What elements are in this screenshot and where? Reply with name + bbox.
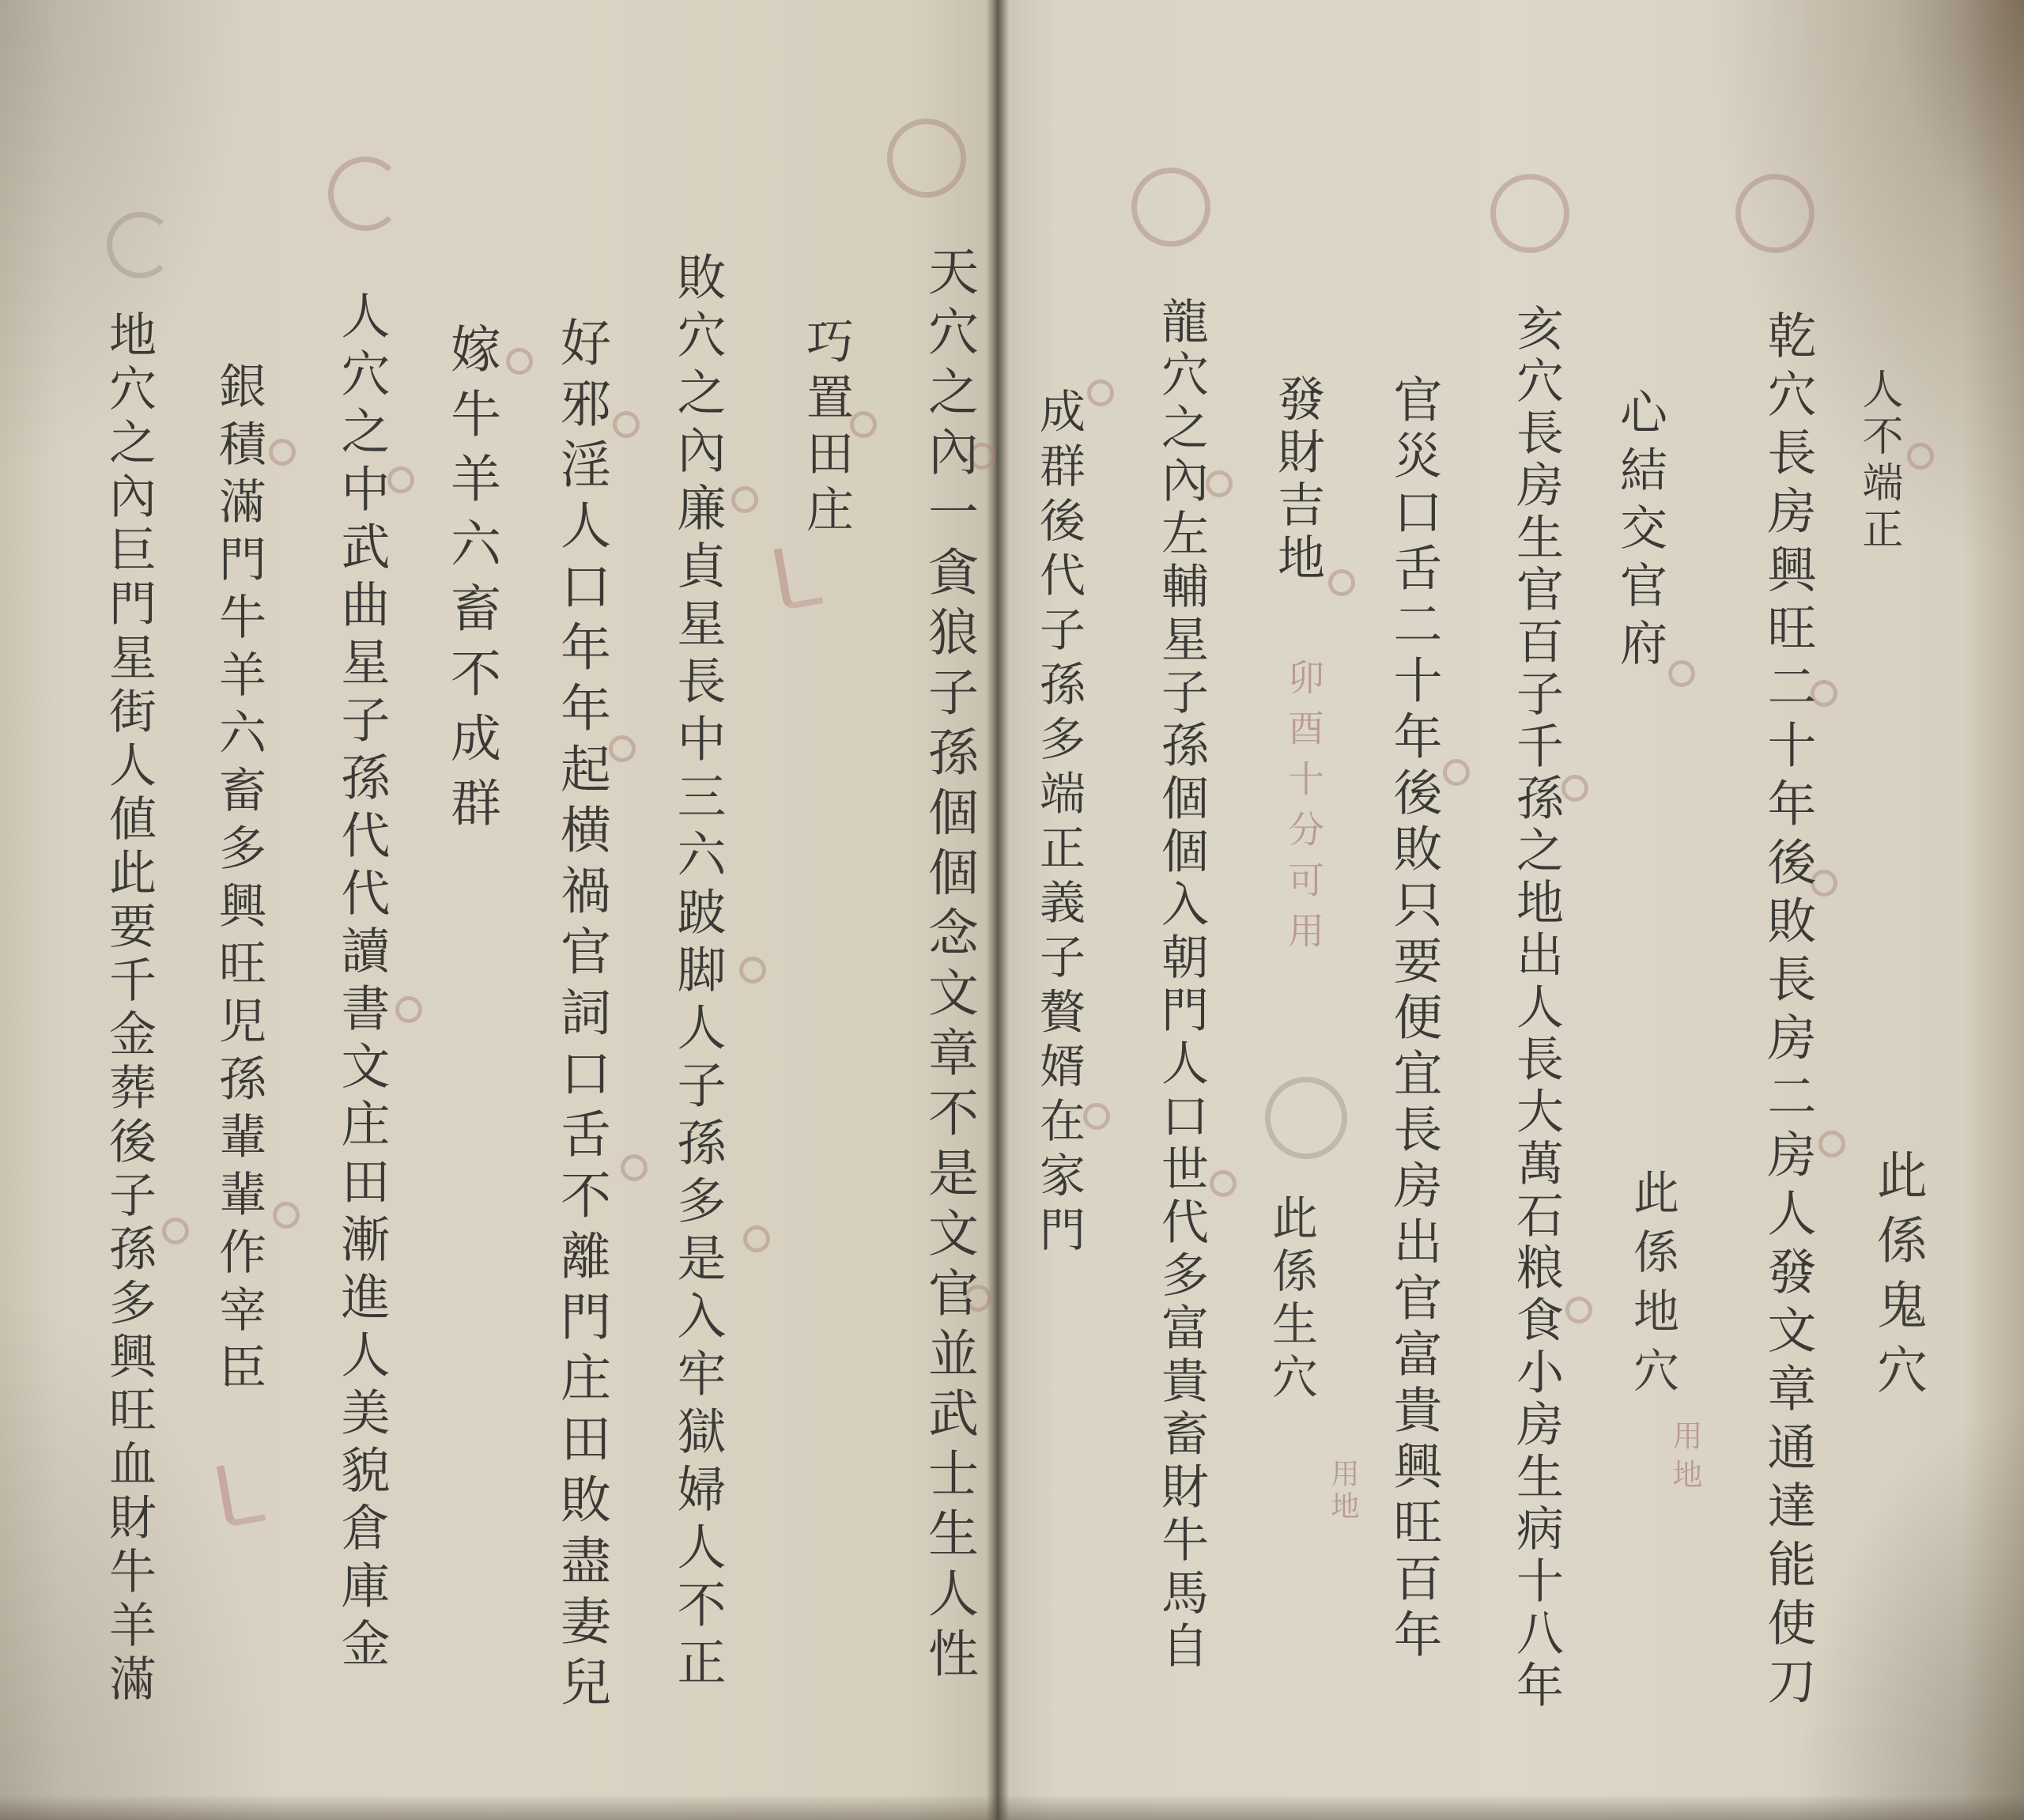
text-column-r7: 龍穴之內左輔星子孫個個入朝門人口世代多富貴畜財牛馬自 [1157, 296, 1205, 1674]
red-circle-mark [1131, 168, 1210, 247]
page-bottom-edge [0, 1795, 2024, 1820]
punctuation-mark [1668, 660, 1695, 687]
punctuation-mark [1565, 1297, 1592, 1323]
text-column-l4: 好邪淫人口年年起横禍官詞口舌不離門庄田敗盡妻兒 [556, 316, 606, 1716]
punctuation-mark [506, 348, 533, 375]
annotation-life-cave: 此係生穴 [1268, 1194, 1314, 1406]
punctuation-mark [739, 957, 766, 984]
red-circle-mark [1490, 174, 1569, 253]
text-column-r8: 成群後代子孫多端正義子贅婿在家門 [1036, 387, 1082, 1260]
text-column-r6: 發財吉地 [1274, 374, 1321, 586]
punctuation-mark [1561, 775, 1588, 802]
punctuation-mark [731, 486, 758, 513]
punctuation-mark [162, 1218, 189, 1244]
punctuation-mark [1443, 759, 1470, 786]
grey-circle-mark [107, 212, 173, 278]
punctuation-mark [1083, 1103, 1110, 1130]
text-column-l1: 天穴之內一貪狼子孫個個念文章不是文官並武士生人性 [923, 245, 974, 1687]
text-column-r3: 心結交官府 [1616, 387, 1663, 676]
punctuation-mark [1907, 443, 1934, 470]
book-spine [987, 0, 1009, 1820]
punctuation-mark [387, 466, 414, 493]
punctuation-mark [1210, 1170, 1237, 1197]
punctuation-mark [621, 1154, 648, 1181]
punctuation-mark [1328, 569, 1355, 596]
text-column-l7: 銀積滿門牛羊六畜多興旺児孫輩輩作宰臣 [215, 361, 262, 1400]
text-column-l6: 人穴之中武曲星子孫代代讀書文庄田漸進人美貌倉庫金 [337, 290, 386, 1675]
punctuation-mark [743, 1225, 770, 1252]
red-annotation-mao-you: 卯酉十分可用 [1286, 659, 1322, 962]
punctuation-mark [850, 411, 877, 438]
punctuation-mark [273, 1202, 300, 1229]
text-column-r4: 亥穴長房生官百子千孫之地出人長大萬石粮食小房生病十八年 [1512, 304, 1560, 1712]
punctuation-mark [1206, 470, 1233, 497]
punctuation-mark [1087, 379, 1114, 406]
red-circle-mark [1735, 174, 1814, 253]
text-column-l3: 敗穴之內廉貞星長中三六跛脚人子孫多是入牢獄婦人不正 [673, 251, 722, 1694]
text-column-r1: 人不端正 [1858, 368, 1899, 554]
red-circle-mark [887, 119, 966, 198]
annotation-ghost-cave: 此係鬼穴 [1872, 1149, 1923, 1408]
punctuation-mark [269, 439, 296, 466]
punctuation-mark [395, 996, 422, 1023]
punctuation-mark [609, 735, 636, 762]
grey-circle-mark [1265, 1077, 1347, 1159]
annotation-earth-cave: 此係地穴 [1629, 1169, 1675, 1406]
punctuation-mark [1818, 1131, 1845, 1157]
text-column-l5: 嫁牛羊六畜不成群 [446, 323, 497, 841]
red-annotation-use-land-2: 用地 [1328, 1459, 1357, 1524]
text-column-r5: 官災口舌二十年後敗只要便宜長房出官富貴興旺百年 [1389, 374, 1438, 1665]
text-column-l8: 地穴之內巨門星街人値此要千金葬後子孫多興旺血財牛羊滿 [105, 310, 153, 1708]
punctuation-mark [613, 411, 640, 438]
text-column-r2: 乾穴長房興旺二十年後敗長房二房人發文章通達能使刀 [1763, 310, 1812, 1714]
text-column-l2: 巧置田庄 [802, 316, 850, 541]
red-circle-mark [328, 157, 402, 231]
red-annotation-use-land-1: 用地 [1670, 1420, 1700, 1497]
manuscript-spread: 人不端正 乾穴長房興旺二十年後敗長房二房人發文章通達能使刀 心結交官府 亥穴長房… [0, 0, 2024, 1820]
